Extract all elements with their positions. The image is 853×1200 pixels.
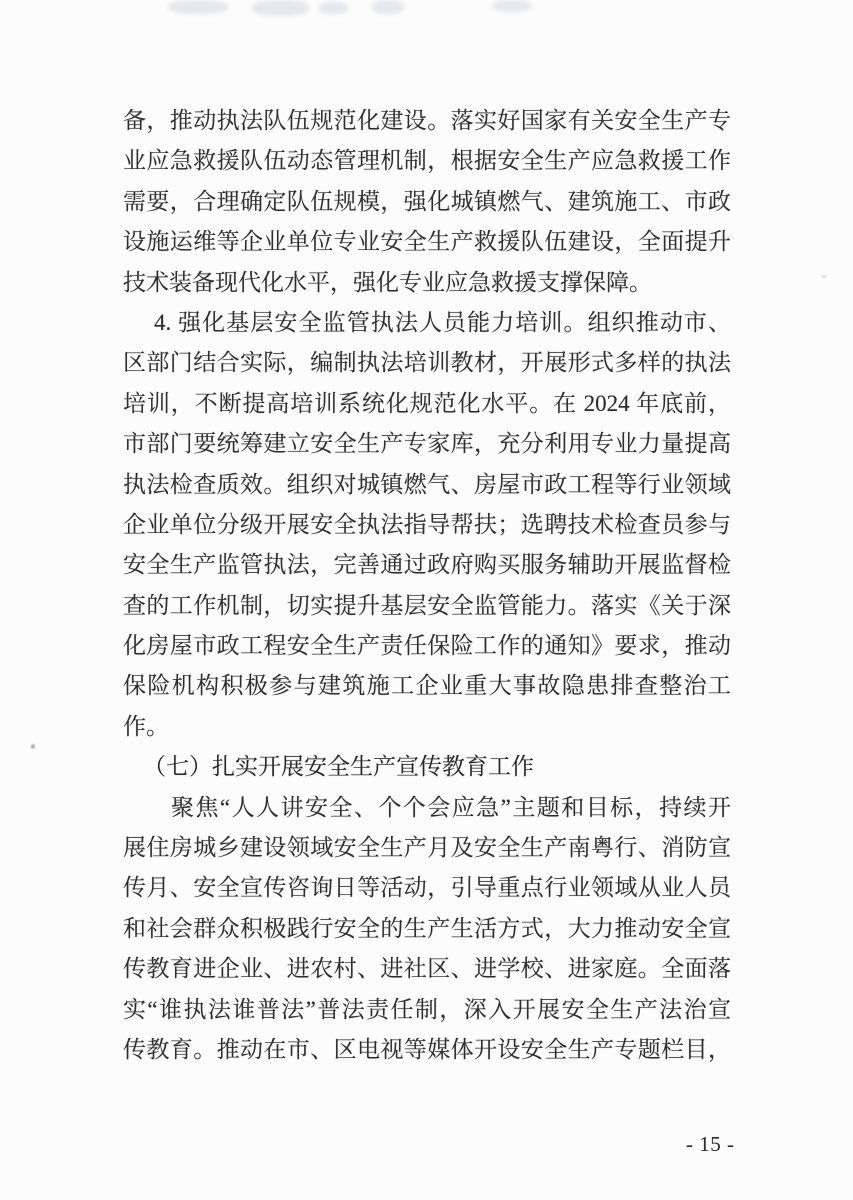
- body-line: 传月、安全宣传咨询日等活动，引导重点行业领域从业人员: [123, 868, 731, 908]
- page-number: - 15 -: [686, 1132, 735, 1157]
- body-line: 技术装备现代化水平，强化专业应急救援支撑保障。: [123, 263, 731, 303]
- scan-smudge: [168, 0, 228, 14]
- body-line: 企业单位分级开展安全执法指导帮扶；选聘技术检查员参与: [123, 505, 731, 545]
- scan-speck: [30, 743, 36, 749]
- body-line: 作。: [123, 707, 731, 747]
- body-line: 和社会群众积极践行安全的生产生活方式，大力推动安全宣: [123, 909, 731, 949]
- body-line: 市部门要统筹建立安全生产专家库，充分利用专业力量提高: [123, 424, 731, 464]
- document-page: 备，推动执法队伍规范化建设。落实好国家有关安全生产专 业应急救援队伍动态管理机制…: [0, 0, 853, 1200]
- scan-speck: [821, 275, 827, 278]
- document-body: 备，推动执法队伍规范化建设。落实好国家有关安全生产专 业应急救援队伍动态管理机制…: [123, 101, 731, 1070]
- body-line: 安全生产监管执法，完善通过政府购买服务辅助开展监督检: [123, 545, 731, 585]
- scan-smudge: [318, 2, 348, 14]
- body-line: 查的工作机制，切实提升基层安全监管能力。落实《关于深: [123, 586, 731, 626]
- scan-smudge: [372, 0, 404, 14]
- body-line: 实“谁执法谁普法”普法责任制，深入开展安全生产法治宣: [123, 990, 731, 1030]
- body-line: 设施运维等企业单位专业安全生产救援队伍建设，全面提升: [123, 222, 731, 262]
- body-line: 培训，不断提高培训系统化规范化水平。在 2024 年底前，: [123, 384, 731, 424]
- body-line: 聚焦“人人讲安全、个个会应急”主题和目标，持续开: [123, 788, 731, 828]
- body-line: 区部门结合实际，编制执法培训教材，开展形式多样的执法: [123, 343, 731, 383]
- section-heading: （七）扎实开展安全生产宣传教育工作: [123, 747, 731, 787]
- body-line: 需要，合理确定队伍规模，强化城镇燃气、建筑施工、市政: [123, 182, 731, 222]
- scan-smudge: [252, 0, 310, 16]
- body-line: 业应急救援队伍动态管理机制，根据安全生产应急救援工作: [123, 141, 731, 181]
- scan-smudge: [492, 0, 532, 12]
- body-line: 4. 强化基层安全监管执法人员能力培训。组织推动市、: [123, 303, 731, 343]
- body-line: 传教育进企业、进农村、进社区、进学校、进家庭。全面落: [123, 949, 731, 989]
- body-line: 备，推动执法队伍规范化建设。落实好国家有关安全生产专: [123, 101, 731, 141]
- body-line: 执法检查质效。组织对城镇燃气、房屋市政工程等行业领域: [123, 465, 731, 505]
- body-line: 展住房城乡建设领域安全生产月及安全生产南粤行、消防宣: [123, 828, 731, 868]
- body-line: 传教育。推动在市、区电视等媒体开设安全生产专题栏目，: [123, 1030, 731, 1070]
- body-line: 保险机构积极参与建筑施工企业重大事故隐患排查整治工: [123, 666, 731, 706]
- body-line: 化房屋市政工程安全生产责任保险工作的通知》要求，推动: [123, 626, 731, 666]
